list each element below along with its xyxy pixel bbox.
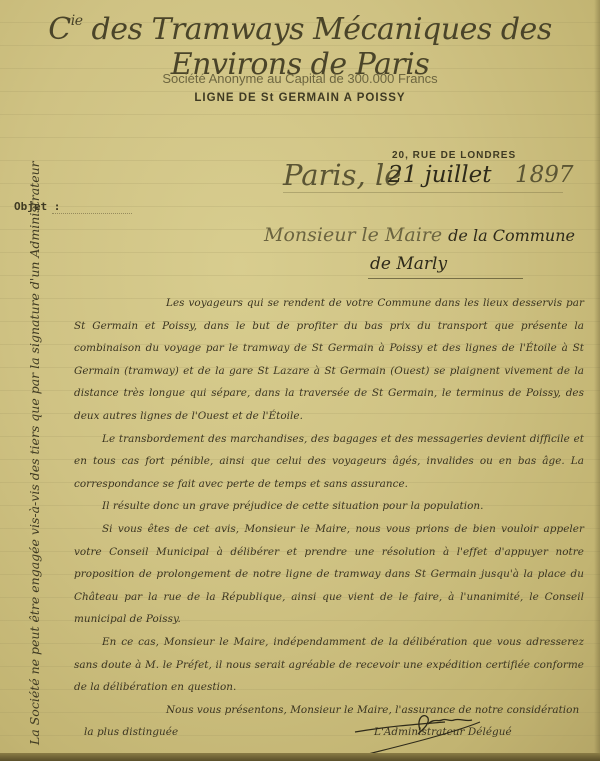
addressee-underline (368, 278, 523, 279)
company-prefix-sup: ie (71, 13, 83, 29)
addressee-printed: Monsieur le Maire (264, 224, 448, 246)
date-year: 1897 (515, 162, 574, 188)
date-line: Paris, le 21 juillet 1897 (283, 158, 563, 193)
company-capital: Société Anonyme au Capital de 300.000 Fr… (0, 71, 600, 86)
company-line: LIGNE DE St GERMAIN A POISSY (0, 92, 600, 104)
letter-body: Les voyageurs qui se rendent de votre Co… (74, 292, 584, 744)
date-place: Paris, le (283, 158, 401, 192)
company-prefix: C (48, 12, 70, 47)
objet-line (52, 213, 132, 214)
paragraph: Les voyageurs qui se rendent de votre Co… (74, 292, 584, 428)
date-day-month: 21 juillet (388, 162, 491, 188)
addressee-handwritten: de la Commune (448, 226, 575, 245)
closing-formula: Nous vous présentons, Monsieur le Maire,… (74, 699, 584, 722)
addressee-commune: de Marly (370, 254, 447, 274)
paragraph: En ce cas, Monsieur le Maire, indépendam… (74, 631, 584, 699)
addressee: Monsieur le Maire de la Commune (264, 224, 575, 246)
page-bottom-edge (0, 753, 600, 761)
letter-page: Cie des Tramways Mécaniques des Environs… (0, 0, 600, 761)
paragraph: Il résulte donc un grave préjudice de ce… (74, 495, 584, 518)
closing-end: la plus distinguée (84, 721, 178, 744)
closing-row: la plus distinguée L'Administrateur Délé… (74, 721, 584, 744)
page-right-edge (594, 0, 600, 761)
paragraph: Si vous êtes de cet avis, Monsieur le Ma… (74, 518, 584, 631)
paragraph: Le transbordement des marchandises, des … (74, 428, 584, 496)
margin-note: La Société ne peut être engagée vis-à-vi… (27, 205, 42, 745)
